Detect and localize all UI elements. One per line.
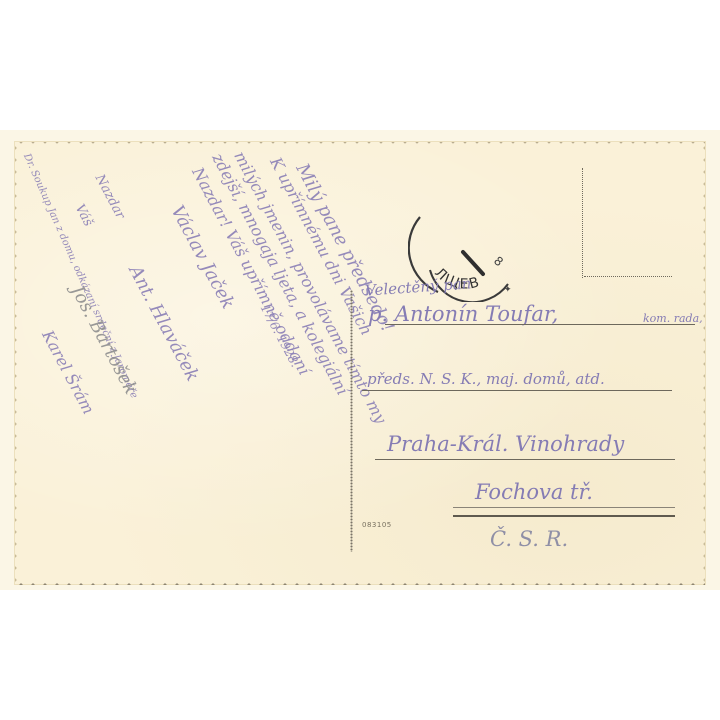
message-line: Ant. Hlaváček [124,262,203,385]
address-country: Č. S. R. [490,527,568,551]
side-signature: Váš [72,202,96,229]
postcard: Dr. Soukup Jan z domu, odkázaní srdeční … [15,142,705,584]
address-street: Fochova tř. [475,480,593,504]
svg-text:8: 8 [491,254,506,270]
deckled-edge-top [15,142,705,146]
deckled-edge-bottom [15,581,705,585]
print-code: 083105 [362,521,392,529]
address-line-4 [453,507,675,508]
address-city: Praha-Král. Vinohrady [387,432,624,456]
divider-line [350,290,353,552]
address-line-2-text: předs. N. S. K., maj. domů, atd. [367,370,605,388]
address-name: p. Antonín Toufar, [368,302,558,326]
side-signature: Karel Šrám [38,327,98,417]
side-signature: Nazdar [92,172,128,222]
deckled-edge-left [15,142,19,584]
stamp-box-vertical [582,168,584,278]
address-line-1 [385,324,695,325]
svg-text:✦: ✦ [504,285,512,295]
deckled-edge-right [701,142,705,584]
address-line-4-bold [453,515,675,517]
address-line-3 [375,459,675,460]
address-line-2 [362,390,672,391]
stamp-box-horizontal [584,276,672,278]
